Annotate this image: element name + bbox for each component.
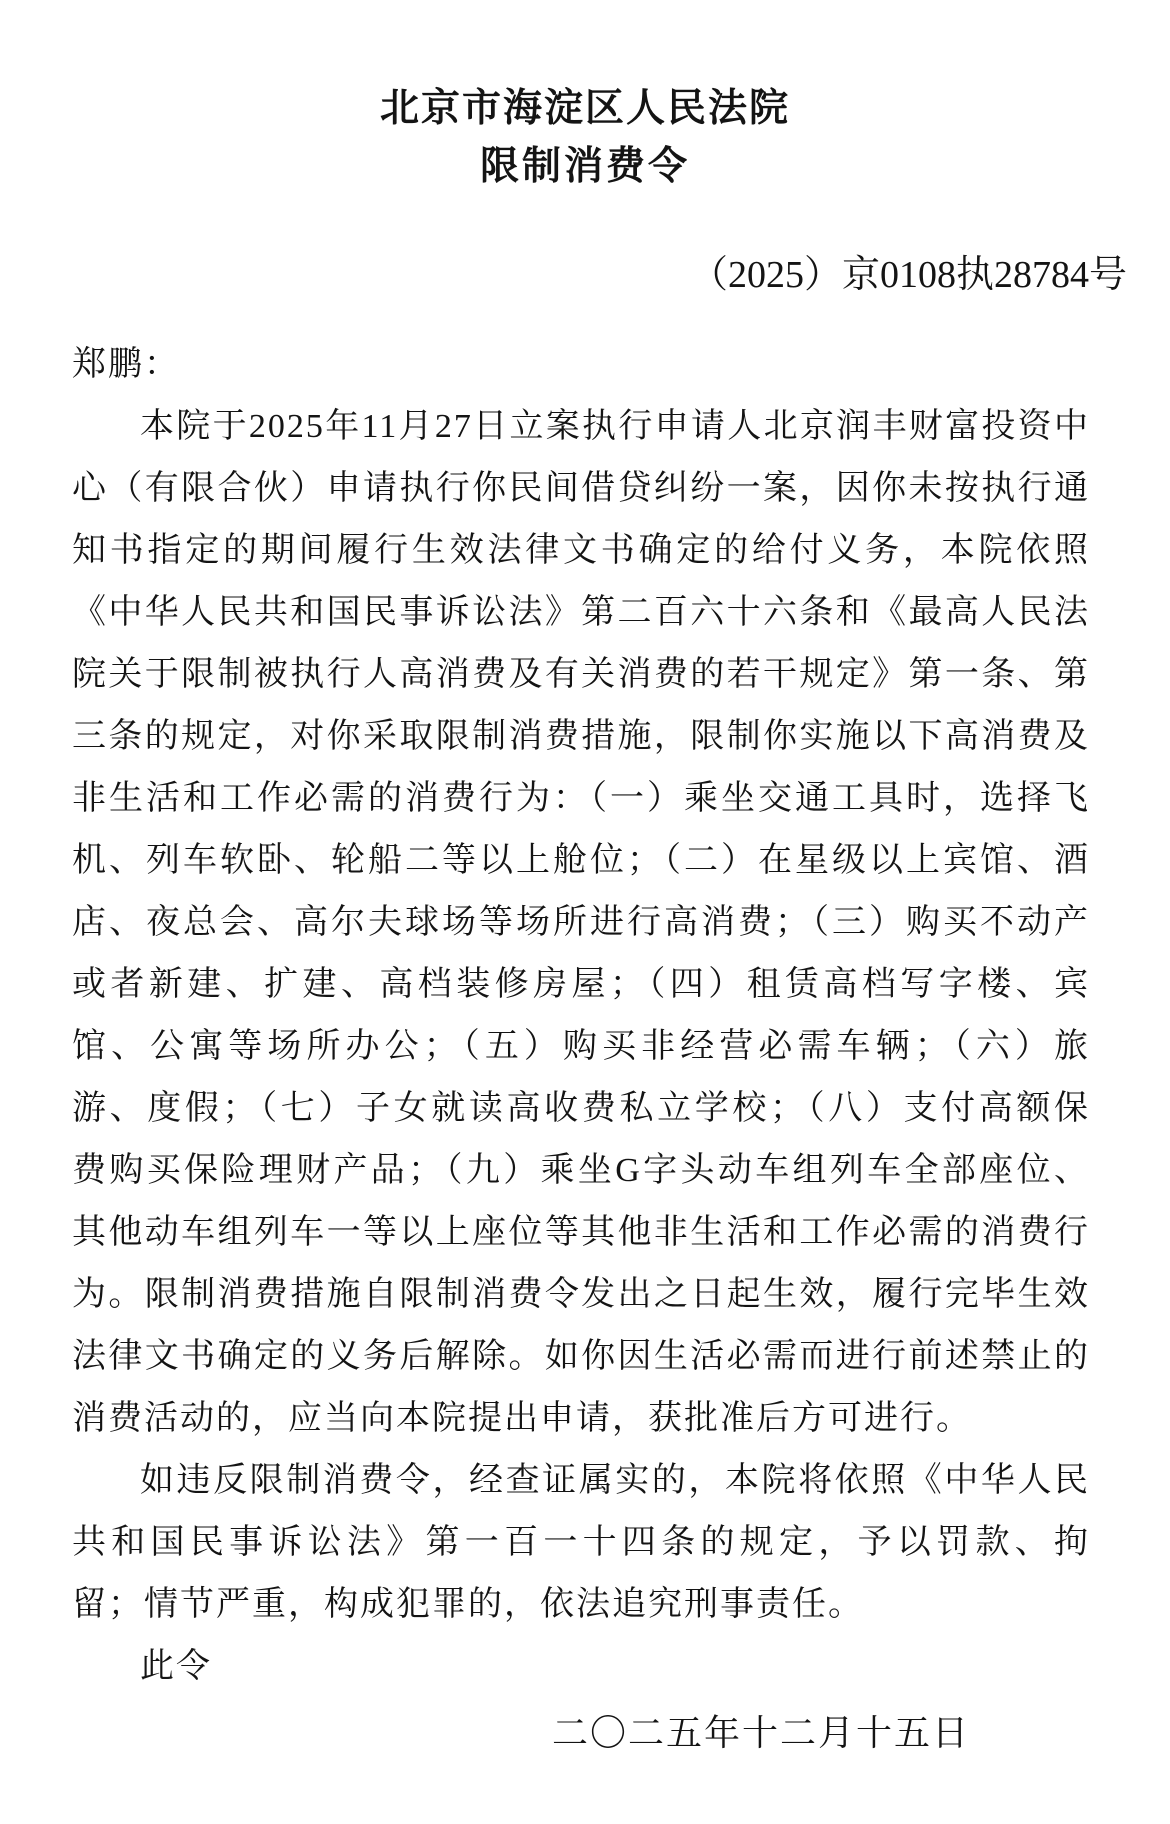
body-line: 留；情节严重，构成犯罪的，依法追究刑事责任。 <box>72 1574 1090 1636</box>
body-line: 如违反限制消费令，经查证属实的，本院将依照《中华人民 <box>72 1450 1090 1512</box>
case-number: （2025）京0108执28784号 <box>0 248 1170 302</box>
body-line: 为。限制消费措施自限制消费令发出之日起生效，履行完毕生效 <box>72 1264 1090 1326</box>
body-line: 《中华人民共和国民事诉讼法》第二百六十六条和《最高人民法 <box>72 582 1090 644</box>
body-line: 三条的规定，对你采取限制消费措施，限制你实施以下高消费及 <box>72 706 1090 768</box>
closing: 此令 <box>72 1636 1090 1698</box>
body-line: 或者新建、扩建、高档装修房屋；（四）租赁高档写字楼、宾 <box>72 954 1090 1016</box>
document-title: 限制消费令 <box>0 142 1170 192</box>
body-line: 其他动车组列车一等以上座位等其他非生活和工作必需的消费行 <box>72 1202 1090 1264</box>
body-line: 费购买保险理财产品；（九）乘坐G字头动车组列车全部座位、 <box>72 1140 1090 1202</box>
body-paragraphs: 本院于2025年11月27日立案执行申请人北京润丰财富投资中心（有限合伙）申请执… <box>72 396 1090 1636</box>
document-date: 二〇二五年十二月十五日 <box>0 1702 1170 1764</box>
body-line: 游、度假；（七）子女就读高收费私立学校；（八）支付高额保 <box>72 1078 1090 1140</box>
body-line: 非生活和工作必需的消费行为：（一）乘坐交通工具时，选择飞 <box>72 768 1090 830</box>
body-line: 知书指定的期间履行生效法律文书确定的给付义务，本院依照 <box>72 520 1090 582</box>
document-body: 郑鹏： 本院于2025年11月27日立案执行申请人北京润丰财富投资中心（有限合伙… <box>72 334 1090 1698</box>
addressee: 郑鹏： <box>72 334 1090 396</box>
body-line: 院关于限制被执行人高消费及有关消费的若干规定》第一条、第 <box>72 644 1090 706</box>
document-page: 北京市海淀区人民法院 限制消费令 （2025）京0108执28784号 郑鹏： … <box>0 0 1170 1824</box>
body-line: 本院于2025年11月27日立案执行申请人北京润丰财富投资中 <box>72 396 1090 458</box>
court-name: 北京市海淀区人民法院 <box>0 84 1170 134</box>
body-line: 机、列车软卧、轮船二等以上舱位；（二）在星级以上宾馆、酒 <box>72 830 1090 892</box>
body-line: 消费活动的，应当向本院提出申请，获批准后方可进行。 <box>72 1388 1090 1450</box>
body-line: 共和国民事诉讼法》第一百一十四条的规定，予以罚款、拘 <box>72 1512 1090 1574</box>
body-line: 法律文书确定的义务后解除。如你因生活必需而进行前述禁止的 <box>72 1326 1090 1388</box>
body-line: 店、夜总会、高尔夫球场等场所进行高消费；（三）购买不动产 <box>72 892 1090 954</box>
body-line: 心（有限合伙）申请执行你民间借贷纠纷一案，因你未按执行通 <box>72 458 1090 520</box>
body-line: 馆、公寓等场所办公；（五）购买非经营必需车辆；（六）旅 <box>72 1016 1090 1078</box>
